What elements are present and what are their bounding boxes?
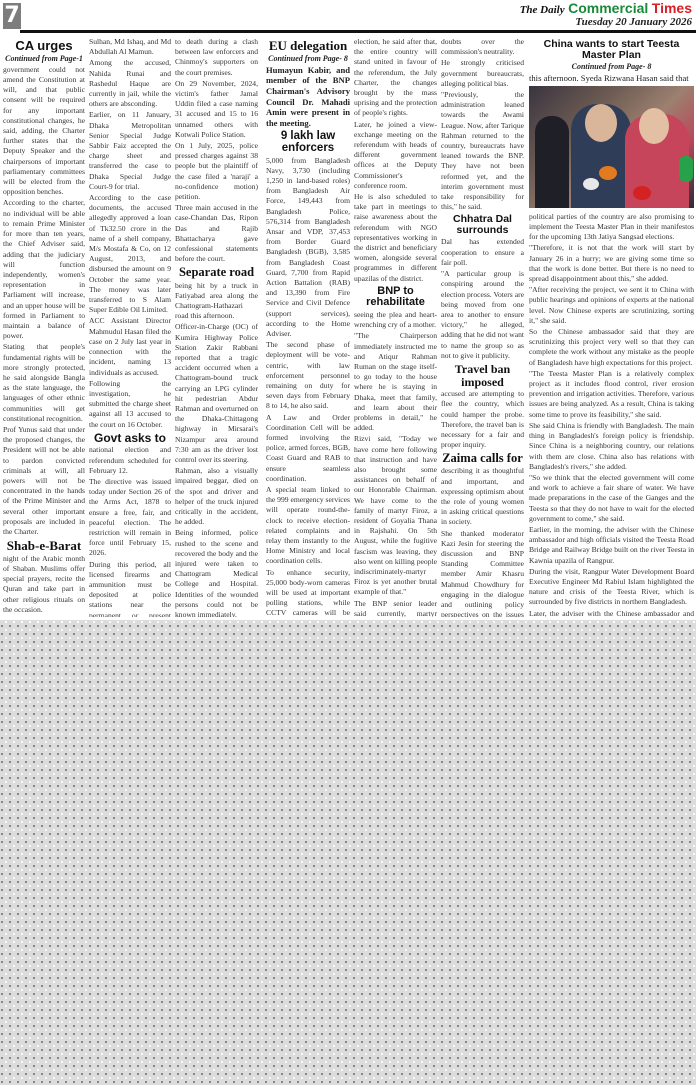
article-paragraph: "The Chairperson immediately instructed … bbox=[354, 331, 437, 433]
microphone-icon bbox=[679, 156, 693, 182]
article-paragraph: During the visit, Rangpur Water Developm… bbox=[529, 567, 694, 608]
headline-9-lakh-law-enforcers: 9 lakh law enforcers bbox=[266, 130, 350, 154]
article-paragraph: The BNP senior leader said currently, ma… bbox=[354, 599, 437, 617]
article-paragraph: seeing the plea and heart-wrenching cry … bbox=[354, 310, 437, 330]
article-paragraph: A Law and Order Coordination Cell will b… bbox=[266, 413, 350, 484]
article-paragraph: government could not amend the Constitut… bbox=[3, 65, 85, 198]
continued-label: Continued from Page- 8 bbox=[266, 54, 350, 64]
article-paragraph: He strongly criticised government bureau… bbox=[441, 58, 524, 89]
continued-label: Continued from Page-1 bbox=[3, 54, 85, 64]
article-paragraph: Earlier, in the morning, the adviser wit… bbox=[529, 525, 694, 566]
article-paragraph: Officer-in-Charge (OC) of Kumira Highway… bbox=[175, 322, 258, 465]
headline-zaima-calls-for: Zaima calls for bbox=[441, 452, 524, 465]
article-paragraph: Rahman, also a visually impaired beggar,… bbox=[175, 466, 258, 527]
article-paragraph: ACC Assistant Director Mahmudul Hasan fi… bbox=[89, 316, 171, 377]
headline-ca-urges: CA urges bbox=[3, 39, 85, 53]
article-paragraph: Later, he joined a view-exchange meeting… bbox=[354, 120, 437, 191]
column-3: to death during a clash between law enfo… bbox=[175, 37, 258, 617]
article-paragraph: So the Chinese ambassador said that they… bbox=[529, 327, 694, 368]
article-paragraph: Three main accused in the case-Chandan D… bbox=[175, 203, 258, 264]
column-4: EU delegation Continued from Page- 8 Hum… bbox=[266, 37, 350, 617]
brand-prefix: The Daily bbox=[520, 4, 565, 16]
article-paragraph: "A particular group is conspiring around… bbox=[441, 269, 524, 361]
continued-label: Continued from Page- 8 bbox=[529, 62, 694, 72]
headline-govt-asks-to: Govt asks to bbox=[89, 432, 171, 445]
article-lead: this afternoon. Syeda Rizwana Hasan said… bbox=[529, 73, 694, 84]
article-paragraph: Being informed, police rushed to the sce… bbox=[175, 528, 258, 617]
headline-shab-e-barat: Shab-e-Barat bbox=[3, 539, 85, 553]
article-paragraph: A special team linked to the 999 emergen… bbox=[266, 485, 350, 567]
headline-eu-delegation: EU delegation bbox=[266, 39, 350, 53]
article-paragraph: Later, the adviser with the Chinese amba… bbox=[529, 609, 694, 617]
page-number-badge: 7 bbox=[3, 3, 21, 29]
brand-name-red: Times bbox=[652, 0, 692, 16]
article-paragraph: During this period, all licensed firearm… bbox=[89, 560, 171, 617]
column-5: election, he said after that, the entire… bbox=[354, 37, 437, 617]
article-paragraph: "Therefore, it is not that the work will… bbox=[529, 243, 694, 284]
article-paragraph: "The Teesta Master Plan is a relatively … bbox=[529, 369, 694, 420]
article-paragraph: Rizvi said, "Today we have come here fol… bbox=[354, 434, 437, 597]
article-paragraph: political parties of the country are als… bbox=[529, 212, 694, 243]
article-paragraph: She thanked moderator Kazi Jesin for ste… bbox=[441, 529, 524, 617]
article-paragraph: "Previously, the administration leaned t… bbox=[441, 90, 524, 212]
article-paragraph: Prof Yunus said that under the proposed … bbox=[3, 425, 85, 537]
headline-bnp-to-rehabilitate: BNP to rehabilitate bbox=[354, 286, 437, 309]
article-paragraph: Dal has extended cooperation to ensure a… bbox=[441, 237, 524, 268]
article-paragraph: To enhance security, 25,000 body-worn ca… bbox=[266, 568, 350, 617]
article-paragraph: to death during a clash between law enfo… bbox=[175, 37, 258, 78]
column-2: Sulhan, Md Ishaq, and Md Abdullah Al Mam… bbox=[89, 37, 171, 617]
article-paragraph: doubts over the commission's neutrality. bbox=[441, 37, 524, 57]
article-paragraph: She said China is friendly with Banglade… bbox=[529, 421, 694, 472]
article-paragraph: Stating that people's fundamental rights… bbox=[3, 342, 85, 424]
article-paragraph: accused are attempting to flee the count… bbox=[441, 389, 524, 450]
masthead-rule bbox=[20, 30, 696, 33]
column-6: doubts over the commission's neutrality.… bbox=[441, 37, 524, 617]
brand-name-green: Commercial bbox=[568, 0, 648, 16]
article-paragraph: The directive was issued today under Sec… bbox=[89, 477, 171, 559]
article-paragraph: national election and referendum schedul… bbox=[89, 445, 171, 476]
article-paragraph: Earlier, on 11 January, Dhaka Metropolit… bbox=[89, 110, 171, 192]
article-paragraph: Humayun Kabir, and member of the BNP Cha… bbox=[266, 65, 350, 129]
article-paragraph: Following the investigation, he submitte… bbox=[89, 379, 171, 430]
article-paragraph: Sulhan, Md Ishaq, and Md Abdullah Al Mam… bbox=[89, 37, 171, 57]
article-paragraph: election, he said after that, the entire… bbox=[354, 37, 437, 119]
article-paragraph: "So we think that the elected government… bbox=[529, 473, 694, 524]
article-paragraph: On 1 July, 2025, police pressed charges … bbox=[175, 141, 258, 202]
article-paragraph: The second phase of deployment will be v… bbox=[266, 340, 350, 411]
headline-travel-ban-imposed: Travel ban imposed bbox=[441, 363, 524, 388]
article-paragraph: being hit by a truck in Fatiyabad area a… bbox=[175, 281, 258, 322]
column-1: CA urges Continued from Page-1 governmen… bbox=[3, 37, 85, 617]
headline-china-teesta: China wants to start Teesta Master Plan bbox=[529, 39, 694, 61]
article-paragraph: According to the charter, no individual … bbox=[3, 198, 85, 341]
masthead: 7 The Daily Commercial Times Tuesday 20 … bbox=[0, 0, 696, 34]
microphone-icon bbox=[633, 186, 651, 200]
article-paragraph: Among the accused, Nahida Runai and Rash… bbox=[89, 58, 171, 109]
article-paragraph: "After receiving the project, we sent it… bbox=[529, 285, 694, 326]
headline-separate-road: Separate road bbox=[175, 266, 258, 279]
news-photo bbox=[529, 86, 694, 208]
article-paragraph: According to the case documents, the acc… bbox=[89, 193, 171, 315]
article-paragraph: He is also scheduled to take part in mee… bbox=[354, 192, 437, 284]
article-paragraph: On 29 November, 2024, victim's father Ja… bbox=[175, 79, 258, 140]
article-paragraph: describing it as thoughtful and importan… bbox=[441, 466, 524, 527]
headline-chhatra-dal-surrounds: Chhatra Dal surrounds bbox=[441, 214, 524, 236]
dateline: Tuesday 20 January 2026 bbox=[575, 16, 692, 28]
microphone-icon bbox=[583, 178, 599, 190]
microphone-icon bbox=[599, 166, 617, 180]
article-paragraph: night of the Arabic month of Shaban. Mus… bbox=[3, 554, 85, 615]
article-paragraph: 5,000 from Bangladesh Navy, 3,730 (inclu… bbox=[266, 156, 350, 340]
newspaper-page: 7 The Daily Commercial Times Tuesday 20 … bbox=[0, 0, 696, 620]
column-7: China wants to start Teesta Master Plan … bbox=[529, 37, 694, 617]
